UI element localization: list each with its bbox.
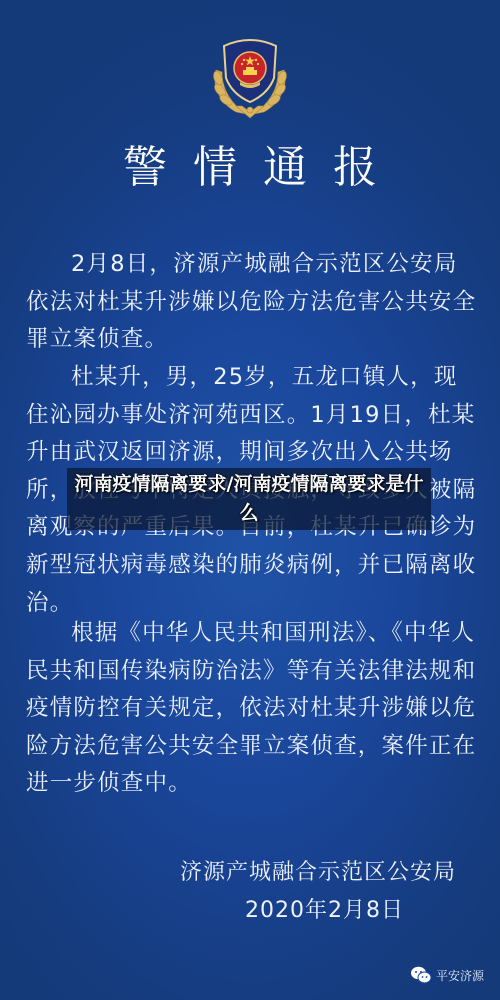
paragraph-case-filing: 2月8日，济源产城融合示范区公安局依法对杜某升涉嫌以危险方法危害公共安全罪立案侦… xyxy=(26,246,478,359)
signature-organization: 济源产城融合示范区公安局 xyxy=(180,854,470,892)
watermark: 平安济源 xyxy=(410,966,484,984)
headline-overlay[interactable]: 河南疫情隔离要求/河南疫情隔离要求是什么 xyxy=(67,470,431,528)
wechat-icon xyxy=(410,966,432,984)
paragraph-legal-basis: 根据《中华人民共和国刑法》、《中华人民共和国传染病防治法》等有关法律法规和疫情防… xyxy=(26,615,478,803)
paragraph-text: 2月8日，济源产城融合示范区公安局依法对杜某升涉嫌以危险方法危害公共安全罪立案侦… xyxy=(26,246,478,359)
paragraph-text: 根据《中华人民共和国刑法》、《中华人民共和国传染病防治法》等有关法律法规和疫情防… xyxy=(26,615,478,803)
police-emblem-icon xyxy=(206,32,294,120)
signature-date: 2020年2月8日 xyxy=(245,892,500,930)
watermark-account-name: 平安济源 xyxy=(436,967,484,984)
page-title: 警情通报 xyxy=(0,138,500,198)
